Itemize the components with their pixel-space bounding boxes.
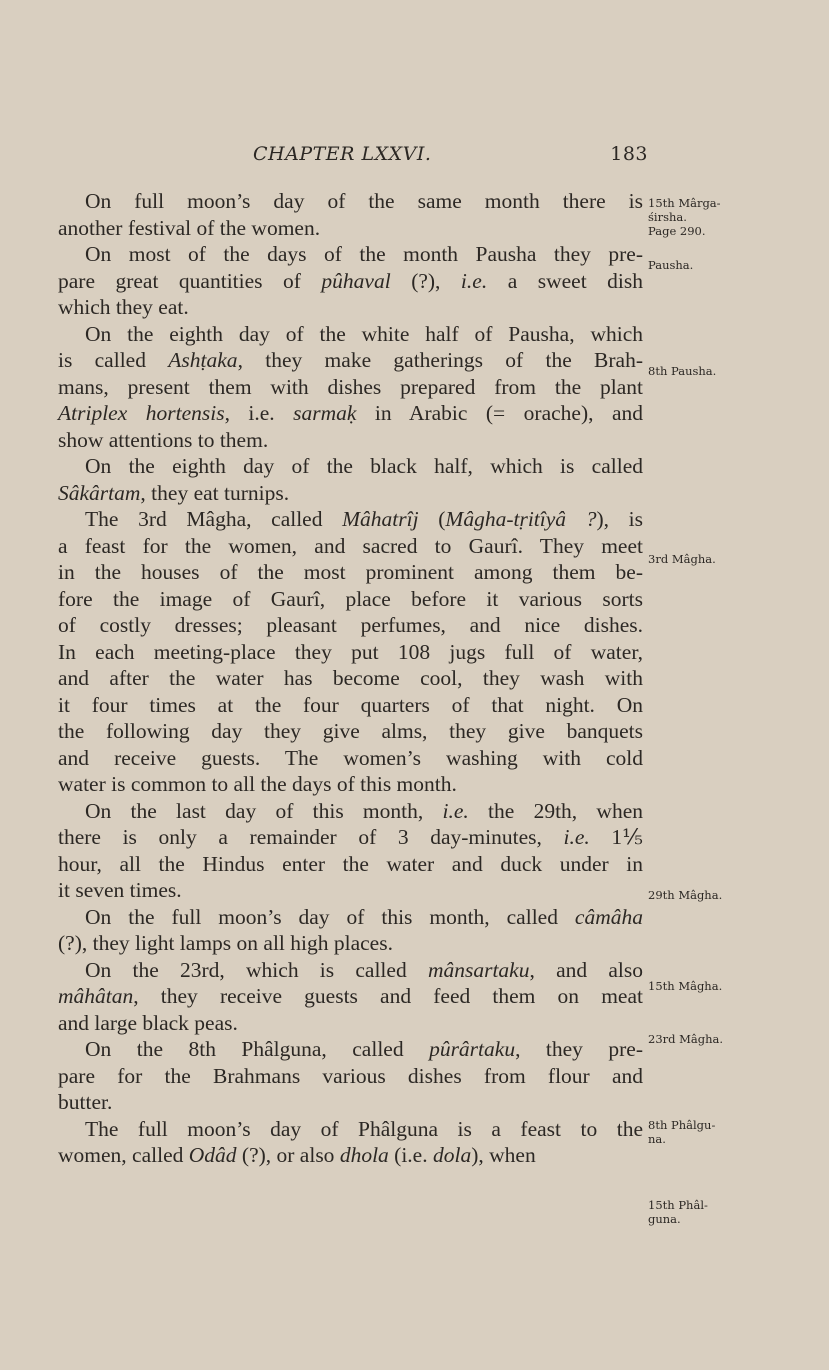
text-line: On the eighth day of the black half, whi… bbox=[58, 453, 643, 480]
text-line: Atriplex hortensis, i.e. sarmaḳ in Arabi… bbox=[58, 400, 643, 427]
margin-note: 15th Phâl-guna. bbox=[648, 1198, 708, 1226]
text-line: and large black peas. bbox=[58, 1010, 643, 1037]
paragraph: On the full moon’s day of this month, ca… bbox=[58, 904, 643, 957]
text-line: another festival of the women. bbox=[58, 215, 643, 242]
text-line: Sâkârtam, they eat turnips. bbox=[58, 480, 643, 507]
text-line: In each meeting-place they put 108 jugs … bbox=[58, 639, 643, 666]
paragraph: On full moon’s day of the same month the… bbox=[58, 188, 643, 241]
text-line: women, called Odâd (?), or also dhola (i… bbox=[58, 1142, 643, 1169]
text-line: there is only a remainder of 3 day-minut… bbox=[58, 824, 643, 851]
text-line: hour, all the Hindus enter the water and… bbox=[58, 851, 643, 878]
book-page: CHAPTER LXXVI. 183 On full moon’s day of… bbox=[0, 0, 829, 1370]
margin-note: 15th Mâgha. bbox=[648, 979, 722, 993]
text-line: which they eat. bbox=[58, 294, 643, 321]
paragraph: The 3rd Mâgha, called Mâhatrîj (Mâgha-tṛ… bbox=[58, 506, 643, 798]
text-line: butter. bbox=[58, 1089, 643, 1116]
body-text: On full moon’s day of the same month the… bbox=[58, 188, 643, 1169]
margin-note: Pausha. bbox=[648, 258, 693, 272]
text-line: The full moon’s day of Phâlguna is a fea… bbox=[58, 1116, 643, 1143]
paragraph: On the 23rd, which is called mânsartaku,… bbox=[58, 957, 643, 1037]
text-line: and receive guests. The women’s washing … bbox=[58, 745, 643, 772]
text-line: show attentions to them. bbox=[58, 427, 643, 454]
text-line: fore the image of Gaurî, place before it… bbox=[58, 586, 643, 613]
text-line: On the 8th Phâlguna, called pûrârtaku, t… bbox=[58, 1036, 643, 1063]
page-number: 183 bbox=[610, 143, 648, 165]
text-line: (?), they light lamps on all high places… bbox=[58, 930, 643, 957]
text-line: is called Ashṭaka, they make gatherings … bbox=[58, 347, 643, 374]
chapter-title: CHAPTER LXXVI. bbox=[253, 143, 431, 165]
text-line: in the houses of the most prominent amon… bbox=[58, 559, 643, 586]
paragraph: On the 8th Phâlguna, called pûrârtaku, t… bbox=[58, 1036, 643, 1116]
text-line: pare for the Brahmans various dishes fro… bbox=[58, 1063, 643, 1090]
text-line: water is common to all the days of this … bbox=[58, 771, 643, 798]
text-line: The 3rd Mâgha, called Mâhatrîj (Mâgha-tṛ… bbox=[58, 506, 643, 533]
text-line: the following day they give alms, they g… bbox=[58, 718, 643, 745]
text-line: mans, present them with dishes prepared … bbox=[58, 374, 643, 401]
text-line: On full moon’s day of the same month the… bbox=[58, 188, 643, 215]
text-line: On the full moon’s day of this month, ca… bbox=[58, 904, 643, 931]
text-line: mâhâtan, they receive guests and feed th… bbox=[58, 983, 643, 1010]
text-line: it four times at the four quarters of th… bbox=[58, 692, 643, 719]
text-line: of costly dresses; pleasant perfumes, an… bbox=[58, 612, 643, 639]
text-line: a feast for the women, and sacred to Gau… bbox=[58, 533, 643, 560]
text-line: On the last day of this month, i.e. the … bbox=[58, 798, 643, 825]
paragraph: The full moon’s day of Phâlguna is a fea… bbox=[58, 1116, 643, 1169]
paragraph: On the eighth day of the black half, whi… bbox=[58, 453, 643, 506]
paragraph: On the eighth day of the white half of P… bbox=[58, 321, 643, 454]
margin-note: 29th Mâgha. bbox=[648, 888, 722, 902]
margin-note: 8th Phâlgu-na. bbox=[648, 1118, 715, 1146]
text-line: pare great quantities of pûhaval (?), i.… bbox=[58, 268, 643, 295]
margin-note: 23rd Mâgha. bbox=[648, 1032, 723, 1046]
margin-note: 8th Pausha. bbox=[648, 364, 716, 378]
margin-note: 3rd Mâgha. bbox=[648, 552, 716, 566]
margin-note: 15th Mârga-śirsha.Page 290. bbox=[648, 196, 721, 238]
text-line: it seven times. bbox=[58, 877, 643, 904]
paragraph: On the last day of this month, i.e. the … bbox=[58, 798, 643, 904]
paragraph: On most of the days of the month Pausha … bbox=[58, 241, 643, 321]
text-line: and after the water has become cool, the… bbox=[58, 665, 643, 692]
text-line: On the 23rd, which is called mânsartaku,… bbox=[58, 957, 643, 984]
text-line: On the eighth day of the white half of P… bbox=[58, 321, 643, 348]
text-line: On most of the days of the month Pausha … bbox=[58, 241, 643, 268]
